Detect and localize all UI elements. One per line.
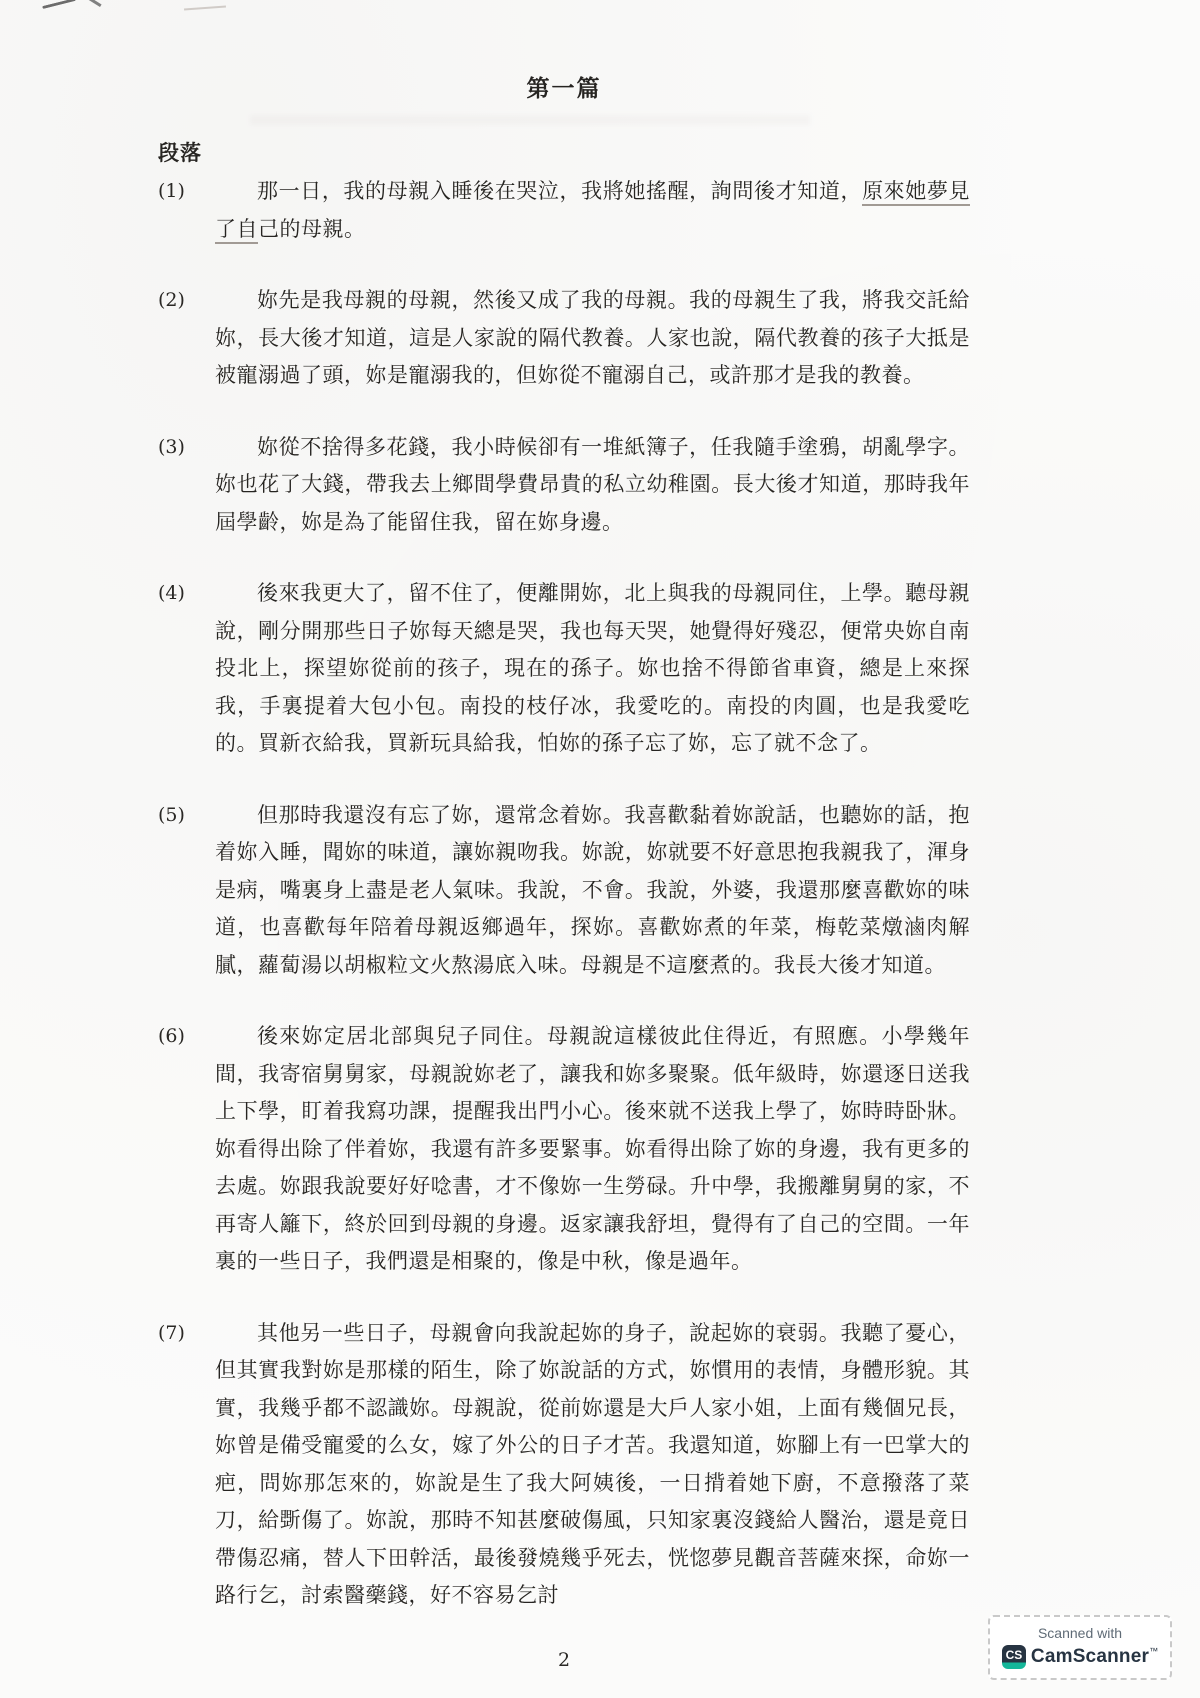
paragraph-text: 妳先是我母親的母親，然後又成了我的母親。我的母親生了我，將我交託給妳，長大後才知… (215, 282, 970, 395)
paragraph-text: 但那時我還沒有忘了妳，還常念着妳。我喜歡黏着妳說話，也聽妳的話，抱着妳入睡，聞妳… (215, 797, 970, 985)
paragraph-2: (2) 妳先是我母親的母親，然後又成了我的母親。我的母親生了我，將我交託給妳，長… (158, 282, 970, 395)
paragraph-number: (5) (158, 797, 215, 835)
paragraph-4: (4) 後來我更大了，留不住了，便離開妳，北上與我的母親同住，上學。聽母親說，剛… (158, 575, 970, 763)
paragraph-text: 後來妳定居北部與兒子同住。母親說這樣彼此住得近，有照應。小學幾年間，我寄宿舅舅家… (215, 1018, 970, 1281)
paragraph-7: (7) 其他另一些日子，母親會向我說起妳的身子，說起妳的衰弱。我聽了憂心，但其實… (158, 1315, 970, 1615)
section-label: 段落 (158, 137, 970, 167)
camscanner-brand-row: CS CamScanner™ (996, 1645, 1164, 1669)
paragraph-number: (2) (158, 282, 215, 320)
camscanner-logo-icon: CS (1002, 1645, 1026, 1669)
paragraph-5: (5) 但那時我還沒有忘了妳，還常念着妳。我喜歡黏着妳說話，也聽妳的話，抱着妳入… (158, 797, 970, 985)
paragraph-number: (3) (158, 429, 215, 467)
document-content: 第一篇 段落 (1) 那一日，我的母親入睡後在哭泣，我將她搖醒，詢問後才知道，原… (158, 70, 970, 1671)
paragraph-text: 後來我更大了，留不住了，便離開妳，北上與我的母親同住，上學。聽母親說，剛分開那些… (215, 575, 970, 763)
camscanner-brand-name: CamScanner™ (1031, 1646, 1158, 1668)
paragraph-number: (4) (158, 575, 215, 613)
page-number: 2 (158, 1649, 970, 1671)
scanned-document-page: 第一篇 段落 (1) 那一日，我的母親入睡後在哭泣，我將她搖醒，詢問後才知道，原… (0, 0, 1200, 1698)
scanned-with-label: Scanned with (996, 1625, 1164, 1641)
paragraph-3: (3) 妳從不捨得多花錢，我小時候卻有一堆紙簿子，任我隨手塗鴉，胡亂學字。妳也花… (158, 429, 970, 542)
paragraph-6: (6) 後來妳定居北部與兒子同住。母親說這樣彼此住得近，有照應。小學幾年間，我寄… (158, 1018, 970, 1281)
scan-artifact-pencil-mark (184, 6, 226, 11)
scan-artifact-mark (42, 0, 76, 9)
camscanner-watermark-badge: Scanned with CS CamScanner™ (988, 1615, 1172, 1680)
page-title: 第一篇 (158, 70, 970, 103)
trademark-symbol: ™ (1149, 1646, 1158, 1656)
paragraph-text-segment: 那一日，我的母親入睡後在哭泣，我將她搖醒，詢問後才知道， (257, 179, 862, 203)
paragraph-number: (6) (158, 1018, 215, 1056)
paragraph-number: (7) (158, 1315, 215, 1353)
paragraph-1: (1) 那一日，我的母親入睡後在哭泣，我將她搖醒，詢問後才知道，原來她夢見了自己… (158, 173, 970, 248)
paragraph-text-segment: 己的母親。 (258, 217, 366, 241)
paragraph-text: 妳從不捨得多花錢，我小時候卻有一堆紙簿子，任我隨手塗鴉，胡亂學字。妳也花了大錢，… (215, 429, 970, 542)
scan-artifact-mark (86, 0, 101, 7)
paragraph-text: 那一日，我的母親入睡後在哭泣，我將她搖醒，詢問後才知道，原來她夢見了自己的母親。 (215, 173, 970, 248)
paragraph-text: 其他另一些日子，母親會向我說起妳的身子，說起妳的衰弱。我聽了憂心，但其實我對妳是… (215, 1315, 970, 1615)
paragraph-number: (1) (158, 173, 215, 211)
